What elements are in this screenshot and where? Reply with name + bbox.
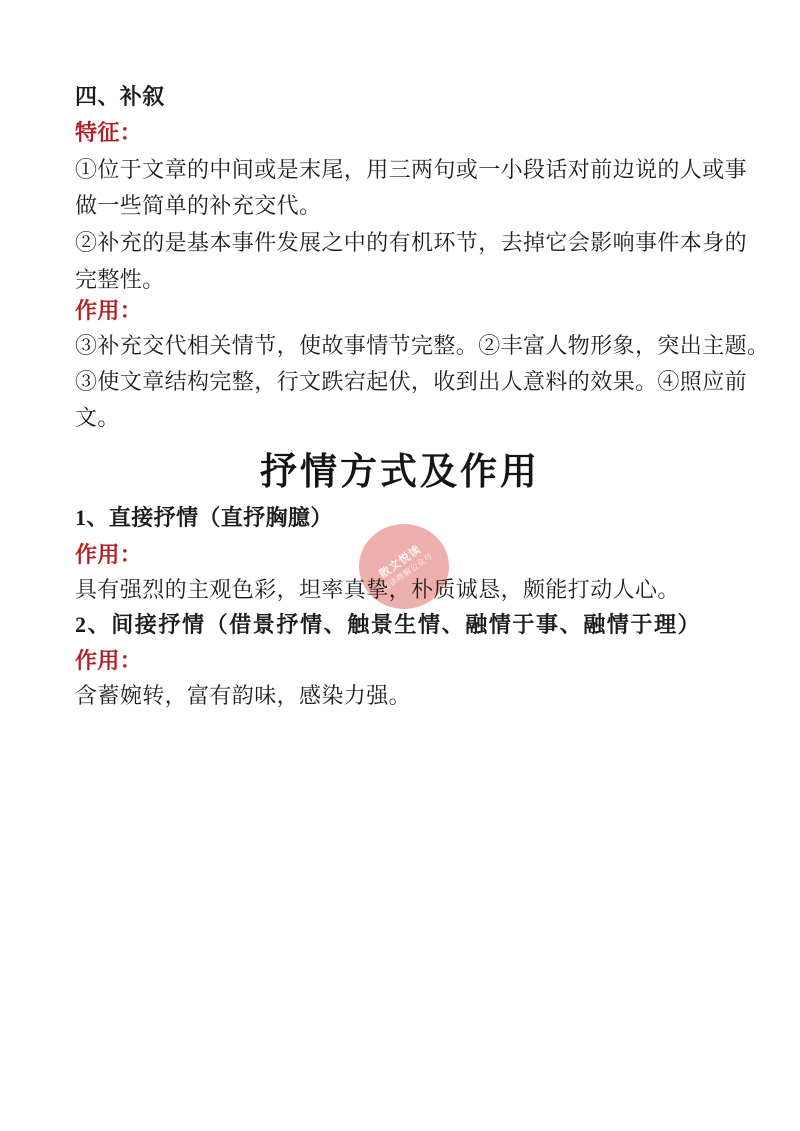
usage-label-indirect: 作用： <box>75 647 142 674</box>
page-title: 抒情方式及作用 <box>0 451 800 495</box>
usage-line-3: 文。 <box>75 404 120 431</box>
item-heading-direct-lyric: 1、直接抒情（直抒胸臆） <box>75 504 333 531</box>
usage-label-buxu: 作用： <box>75 297 142 324</box>
document-page: 散文悦读 阅读理解公众号 四、补叙 特征： ①位于文章的中间或是末尾，用三两句或… <box>0 0 800 1131</box>
usage-line-2: ③使文章结构完整，行文跌宕起伏，收到出人意料的效果。④照应前 <box>75 368 747 395</box>
usage-line-1: ③补充交代相关情节，使故事情节完整。②丰富人物形象，突出主题。 <box>75 332 769 359</box>
item-heading-indirect-lyric: 2、间接抒情（借景抒情、触景生情、融情于事、融情于理） <box>75 611 701 638</box>
usage-text-indirect: 含蓄婉转，富有韵味，感染力强。 <box>75 682 411 709</box>
section-heading-buxu: 四、补叙 <box>75 83 165 110</box>
feature-label: 特征： <box>75 119 142 146</box>
feature-line-3: ②补充的是基本事件发展之中的有机环节，去掉它会影响事件本身的 <box>75 229 747 256</box>
feature-line-4: 完整性。 <box>75 266 165 293</box>
usage-text-direct: 具有强烈的主观色彩，坦率真挚，朴质诚恳，颇能打动人心。 <box>75 576 680 603</box>
feature-line-2: 做一些简单的补充交代。 <box>75 192 321 219</box>
feature-line-1: ①位于文章的中间或是末尾，用三两句或一小段话对前边说的人或事 <box>75 156 747 183</box>
usage-label-direct: 作用： <box>75 541 142 568</box>
